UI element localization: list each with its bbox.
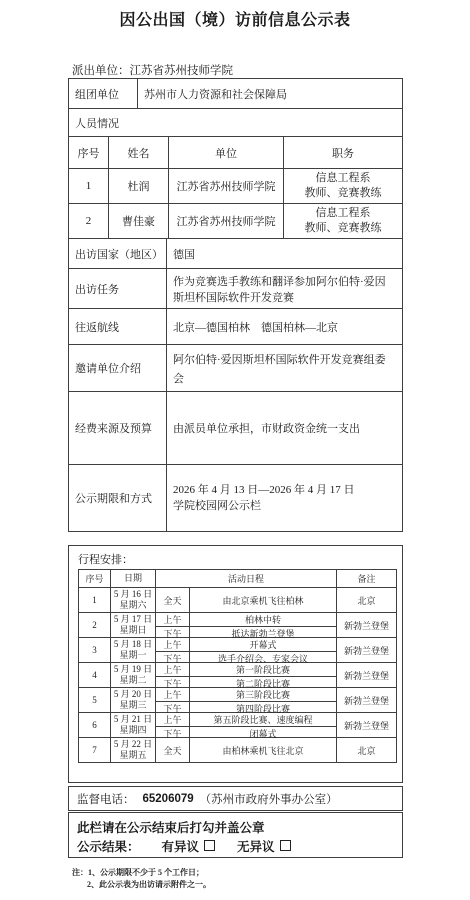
personnel-duty-line1: 信息工程系 bbox=[286, 206, 400, 221]
itinerary-activities: 上午 第三阶段比赛 下午 第四阶段比赛 bbox=[155, 688, 336, 712]
itinerary-row: 2 5 月 17 日星期日 上午 柏林中转 下午 抵达新勃兰登堡 新勃兰登堡 bbox=[79, 612, 396, 637]
personnel-name: 杜润 bbox=[108, 169, 168, 203]
country-label: 出访国家（地区） bbox=[69, 239, 166, 268]
activity-text: 由柏林乘机飞往北京 bbox=[189, 738, 336, 762]
funding-label: 经费来源及预算 bbox=[69, 392, 166, 464]
objection-checkbox[interactable] bbox=[204, 840, 215, 851]
dispatch-unit-label: 派出单位： bbox=[72, 65, 130, 77]
itinerary-activities: 上午 第一阶段比赛 下午 第二阶段比赛 bbox=[155, 663, 336, 687]
personnel-unit: 江苏省苏州技师学院 bbox=[168, 169, 283, 203]
footnote-line2: 2、此公示表为出访请示附件之一。 bbox=[72, 879, 211, 891]
mission-label: 出访任务 bbox=[69, 269, 166, 308]
activity-text: 由北京乘机飞往柏林 bbox=[189, 588, 336, 612]
publicity-result-box: 此栏请在公示结束后打勾并盖公章 公示结果： 有异议 无异议 bbox=[68, 812, 403, 858]
mission-row: 出访任务 作为竞赛选手教练和翻译参加阿尔伯特·爱因斯坦杯国际软件开发竞赛 bbox=[69, 268, 402, 308]
itinerary-section: 行程安排： 序号 日期 活动日程 备注 1 5 月 16 日星期六 全天 由北京… bbox=[68, 545, 403, 783]
inviter-row: 邀请单位介绍 阿尔伯特·爱因斯坦杯国际软件开发竞赛组委会 bbox=[69, 344, 402, 391]
seq-header: 序号 bbox=[69, 137, 108, 168]
personnel-row: 1 杜润 江苏省苏州技师学院 信息工程系 教师、竞赛教练 bbox=[69, 168, 402, 203]
publicity-period-label: 公示期限和方式 bbox=[69, 465, 166, 531]
objection-option: 有异议 bbox=[162, 837, 216, 855]
personnel-no: 1 bbox=[69, 169, 108, 203]
route-value: 北京—德国柏林 德国柏林—北京 bbox=[166, 309, 402, 344]
country-value: 德国 bbox=[166, 239, 402, 268]
funding-value: 由派员单位承担，市财政资金统一支出 bbox=[166, 392, 402, 464]
itinerary-date: 5 月 16 日星期六 bbox=[110, 588, 155, 612]
itinerary-note: 新勃兰登堡 bbox=[336, 713, 396, 737]
itinerary-no: 1 bbox=[79, 588, 110, 612]
itinerary-note: 新勃兰登堡 bbox=[336, 613, 396, 637]
itinerary-note: 新勃兰登堡 bbox=[336, 663, 396, 687]
period-label: 上午 bbox=[156, 613, 189, 626]
stamp-instruction: 此栏请在公示结束后打勾并盖公章 bbox=[77, 817, 394, 836]
supervision-phone-box: 监督电话： 65206079 （苏州市政府外事办公室） bbox=[68, 786, 403, 811]
personnel-duty: 信息工程系 教师、竞赛教练 bbox=[283, 204, 402, 238]
personnel-row: 2 曹佳豪 江苏省苏州技师学院 信息工程系 教师、竞赛教练 bbox=[69, 203, 402, 238]
itinerary-activities: 上午 开幕式 下午 选手介绍会、专家会议 bbox=[155, 638, 336, 662]
itinerary-no: 3 bbox=[79, 638, 110, 662]
personnel-no: 2 bbox=[69, 204, 108, 238]
no-objection-option: 无异议 bbox=[237, 837, 291, 855]
personnel-duty-line2: 教师、竞赛教练 bbox=[286, 221, 400, 236]
activity-text: 第五阶段比赛、速度编程 bbox=[189, 713, 336, 726]
supervision-phone-label: 监督电话： bbox=[77, 791, 135, 807]
page-title: 因公出国（境）访前信息公示表 bbox=[0, 7, 470, 30]
itinerary-table: 序号 日期 活动日程 备注 1 5 月 16 日星期六 全天 由北京乘机飞往柏林… bbox=[78, 569, 397, 763]
funding-row: 经费来源及预算 由派员单位承担，市财政资金统一支出 bbox=[69, 391, 402, 464]
itinerary-date: 5 月 18 日星期一 bbox=[110, 638, 155, 662]
main-info-table: 组团单位 苏州市人力资源和社会保障局 人员情况 序号 姓名 单位 职务 1 杜润… bbox=[68, 78, 403, 532]
objection-label: 有异议 bbox=[162, 837, 200, 855]
activity-text: 柏林中转 bbox=[189, 613, 336, 626]
route-label: 往返航线 bbox=[69, 309, 166, 344]
itinerary-note: 新勃兰登堡 bbox=[336, 638, 396, 662]
itinerary-date: 5 月 20 日星期三 bbox=[110, 688, 155, 712]
itinerary-row: 3 5 月 18 日星期一 上午 开幕式 下午 选手介绍会、专家会议 新勃兰登堡 bbox=[79, 637, 396, 662]
itinerary-date: 5 月 19 日星期二 bbox=[110, 663, 155, 687]
itinerary-activities: 上午 柏林中转 下午 抵达新勃兰登堡 bbox=[155, 613, 336, 637]
itinerary-date: 5 月 21 日星期四 bbox=[110, 713, 155, 737]
personnel-section-row: 人员情况 bbox=[69, 108, 402, 136]
country-row: 出访国家（地区） 德国 bbox=[69, 238, 402, 268]
name-header: 姓名 bbox=[108, 137, 168, 168]
itinerary-no: 4 bbox=[79, 663, 110, 687]
publicity-result-line: 公示结果： 有异议 无异议 bbox=[77, 836, 394, 855]
publicity-result-label: 公示结果： bbox=[77, 837, 140, 855]
dispatch-unit-line: 派出单位：江苏省苏州技师学院 bbox=[72, 62, 233, 78]
supervision-phone-number: 65206079 bbox=[143, 793, 194, 805]
unit-header: 单位 bbox=[168, 137, 283, 168]
group-unit-value: 苏州市人力资源和社会保障局 bbox=[137, 79, 402, 108]
personnel-name: 曹佳豪 bbox=[108, 204, 168, 238]
period-label: 上午 bbox=[156, 688, 189, 701]
itinerary-activities: 上午 第五阶段比赛、速度编程 下午 闭幕式 bbox=[155, 713, 336, 737]
personnel-section-label: 人员情况 bbox=[69, 109, 402, 136]
group-unit-label: 组团单位 bbox=[69, 79, 137, 108]
duty-header: 职务 bbox=[283, 137, 402, 168]
itinerary-note: 北京 bbox=[336, 588, 396, 612]
group-unit-row: 组团单位 苏州市人力资源和社会保障局 bbox=[69, 79, 402, 108]
period-label: 全天 bbox=[156, 588, 189, 612]
publicity-period-row: 公示期限和方式 2026 年 4 月 13 日—2026 年 4 月 17 日 … bbox=[69, 464, 402, 531]
itinerary-activity-header: 活动日程 bbox=[155, 570, 336, 587]
inviter-label: 邀请单位介绍 bbox=[69, 345, 166, 391]
no-objection-label: 无异议 bbox=[237, 837, 275, 855]
activity-text: 第一阶段比赛 bbox=[189, 663, 336, 676]
itinerary-date-header: 日期 bbox=[110, 570, 155, 587]
itinerary-no: 6 bbox=[79, 713, 110, 737]
itinerary-date: 5 月 22 日星期五 bbox=[110, 738, 155, 762]
dispatch-unit-value: 江苏省苏州技师学院 bbox=[130, 65, 234, 77]
itinerary-note: 北京 bbox=[336, 738, 396, 762]
itinerary-row: 6 5 月 21 日星期四 上午 第五阶段比赛、速度编程 下午 闭幕式 新勃兰登… bbox=[79, 712, 396, 737]
itinerary-row: 7 5 月 22 日星期五 全天 由柏林乘机飞往北京 北京 bbox=[79, 737, 396, 762]
publicity-period-dates: 2026 年 4 月 13 日—2026 年 4 月 17 日 bbox=[173, 482, 355, 498]
footnote-prefix: 注： bbox=[72, 867, 88, 879]
no-objection-checkbox[interactable] bbox=[280, 840, 291, 851]
publicity-period-place: 学院校园网公示栏 bbox=[173, 498, 355, 514]
personnel-duty: 信息工程系 教师、竞赛教练 bbox=[283, 169, 402, 203]
period-label: 上午 bbox=[156, 713, 189, 726]
footnote-line1: 1、公示期限不少于 5 个工作日； bbox=[88, 867, 204, 879]
personnel-duty-line2: 教师、竞赛教练 bbox=[286, 186, 400, 201]
mission-value: 作为竞赛选手教练和翻译参加阿尔伯特·爱因斯坦杯国际软件开发竞赛 bbox=[166, 269, 402, 308]
period-label: 上午 bbox=[156, 663, 189, 676]
itinerary-date: 5 月 17 日星期日 bbox=[110, 613, 155, 637]
personnel-header-row: 序号 姓名 单位 职务 bbox=[69, 136, 402, 168]
supervision-phone-office: （苏州市政府外事办公室） bbox=[200, 791, 338, 807]
route-row: 往返航线 北京—德国柏林 德国柏林—北京 bbox=[69, 308, 402, 344]
itinerary-row: 4 5 月 19 日星期二 上午 第一阶段比赛 下午 第二阶段比赛 新勃兰登堡 bbox=[79, 662, 396, 687]
itinerary-no: 2 bbox=[79, 613, 110, 637]
itinerary-row: 5 5 月 20 日星期三 上午 第三阶段比赛 下午 第四阶段比赛 新勃兰登堡 bbox=[79, 687, 396, 712]
publicity-period-value: 2026 年 4 月 13 日—2026 年 4 月 17 日 学院校园网公示栏 bbox=[166, 465, 402, 531]
itinerary-row: 1 5 月 16 日星期六 全天 由北京乘机飞往柏林 北京 bbox=[79, 587, 396, 612]
itinerary-activities: 全天 由北京乘机飞往柏林 bbox=[155, 588, 336, 612]
footnotes: 注： 1、公示期限不少于 5 个工作日； 2、此公示表为出访请示附件之一。 bbox=[72, 867, 211, 891]
personnel-duty-line1: 信息工程系 bbox=[286, 171, 400, 186]
itinerary-note: 新勃兰登堡 bbox=[336, 688, 396, 712]
itinerary-no: 5 bbox=[79, 688, 110, 712]
inviter-value: 阿尔伯特·爱因斯坦杯国际软件开发竞赛组委会 bbox=[166, 345, 402, 391]
itinerary-activities: 全天 由柏林乘机飞往北京 bbox=[155, 738, 336, 762]
itinerary-seq-header: 序号 bbox=[79, 570, 110, 587]
activity-text: 开幕式 bbox=[189, 638, 336, 651]
personnel-unit: 江苏省苏州技师学院 bbox=[168, 204, 283, 238]
itinerary-note-header: 备注 bbox=[336, 570, 396, 587]
period-label: 上午 bbox=[156, 638, 189, 651]
itinerary-header-row: 序号 日期 活动日程 备注 bbox=[79, 570, 396, 587]
period-label: 全天 bbox=[156, 738, 189, 762]
itinerary-section-label: 行程安排： bbox=[78, 551, 133, 567]
itinerary-no: 7 bbox=[79, 738, 110, 762]
activity-text: 第三阶段比赛 bbox=[189, 688, 336, 701]
